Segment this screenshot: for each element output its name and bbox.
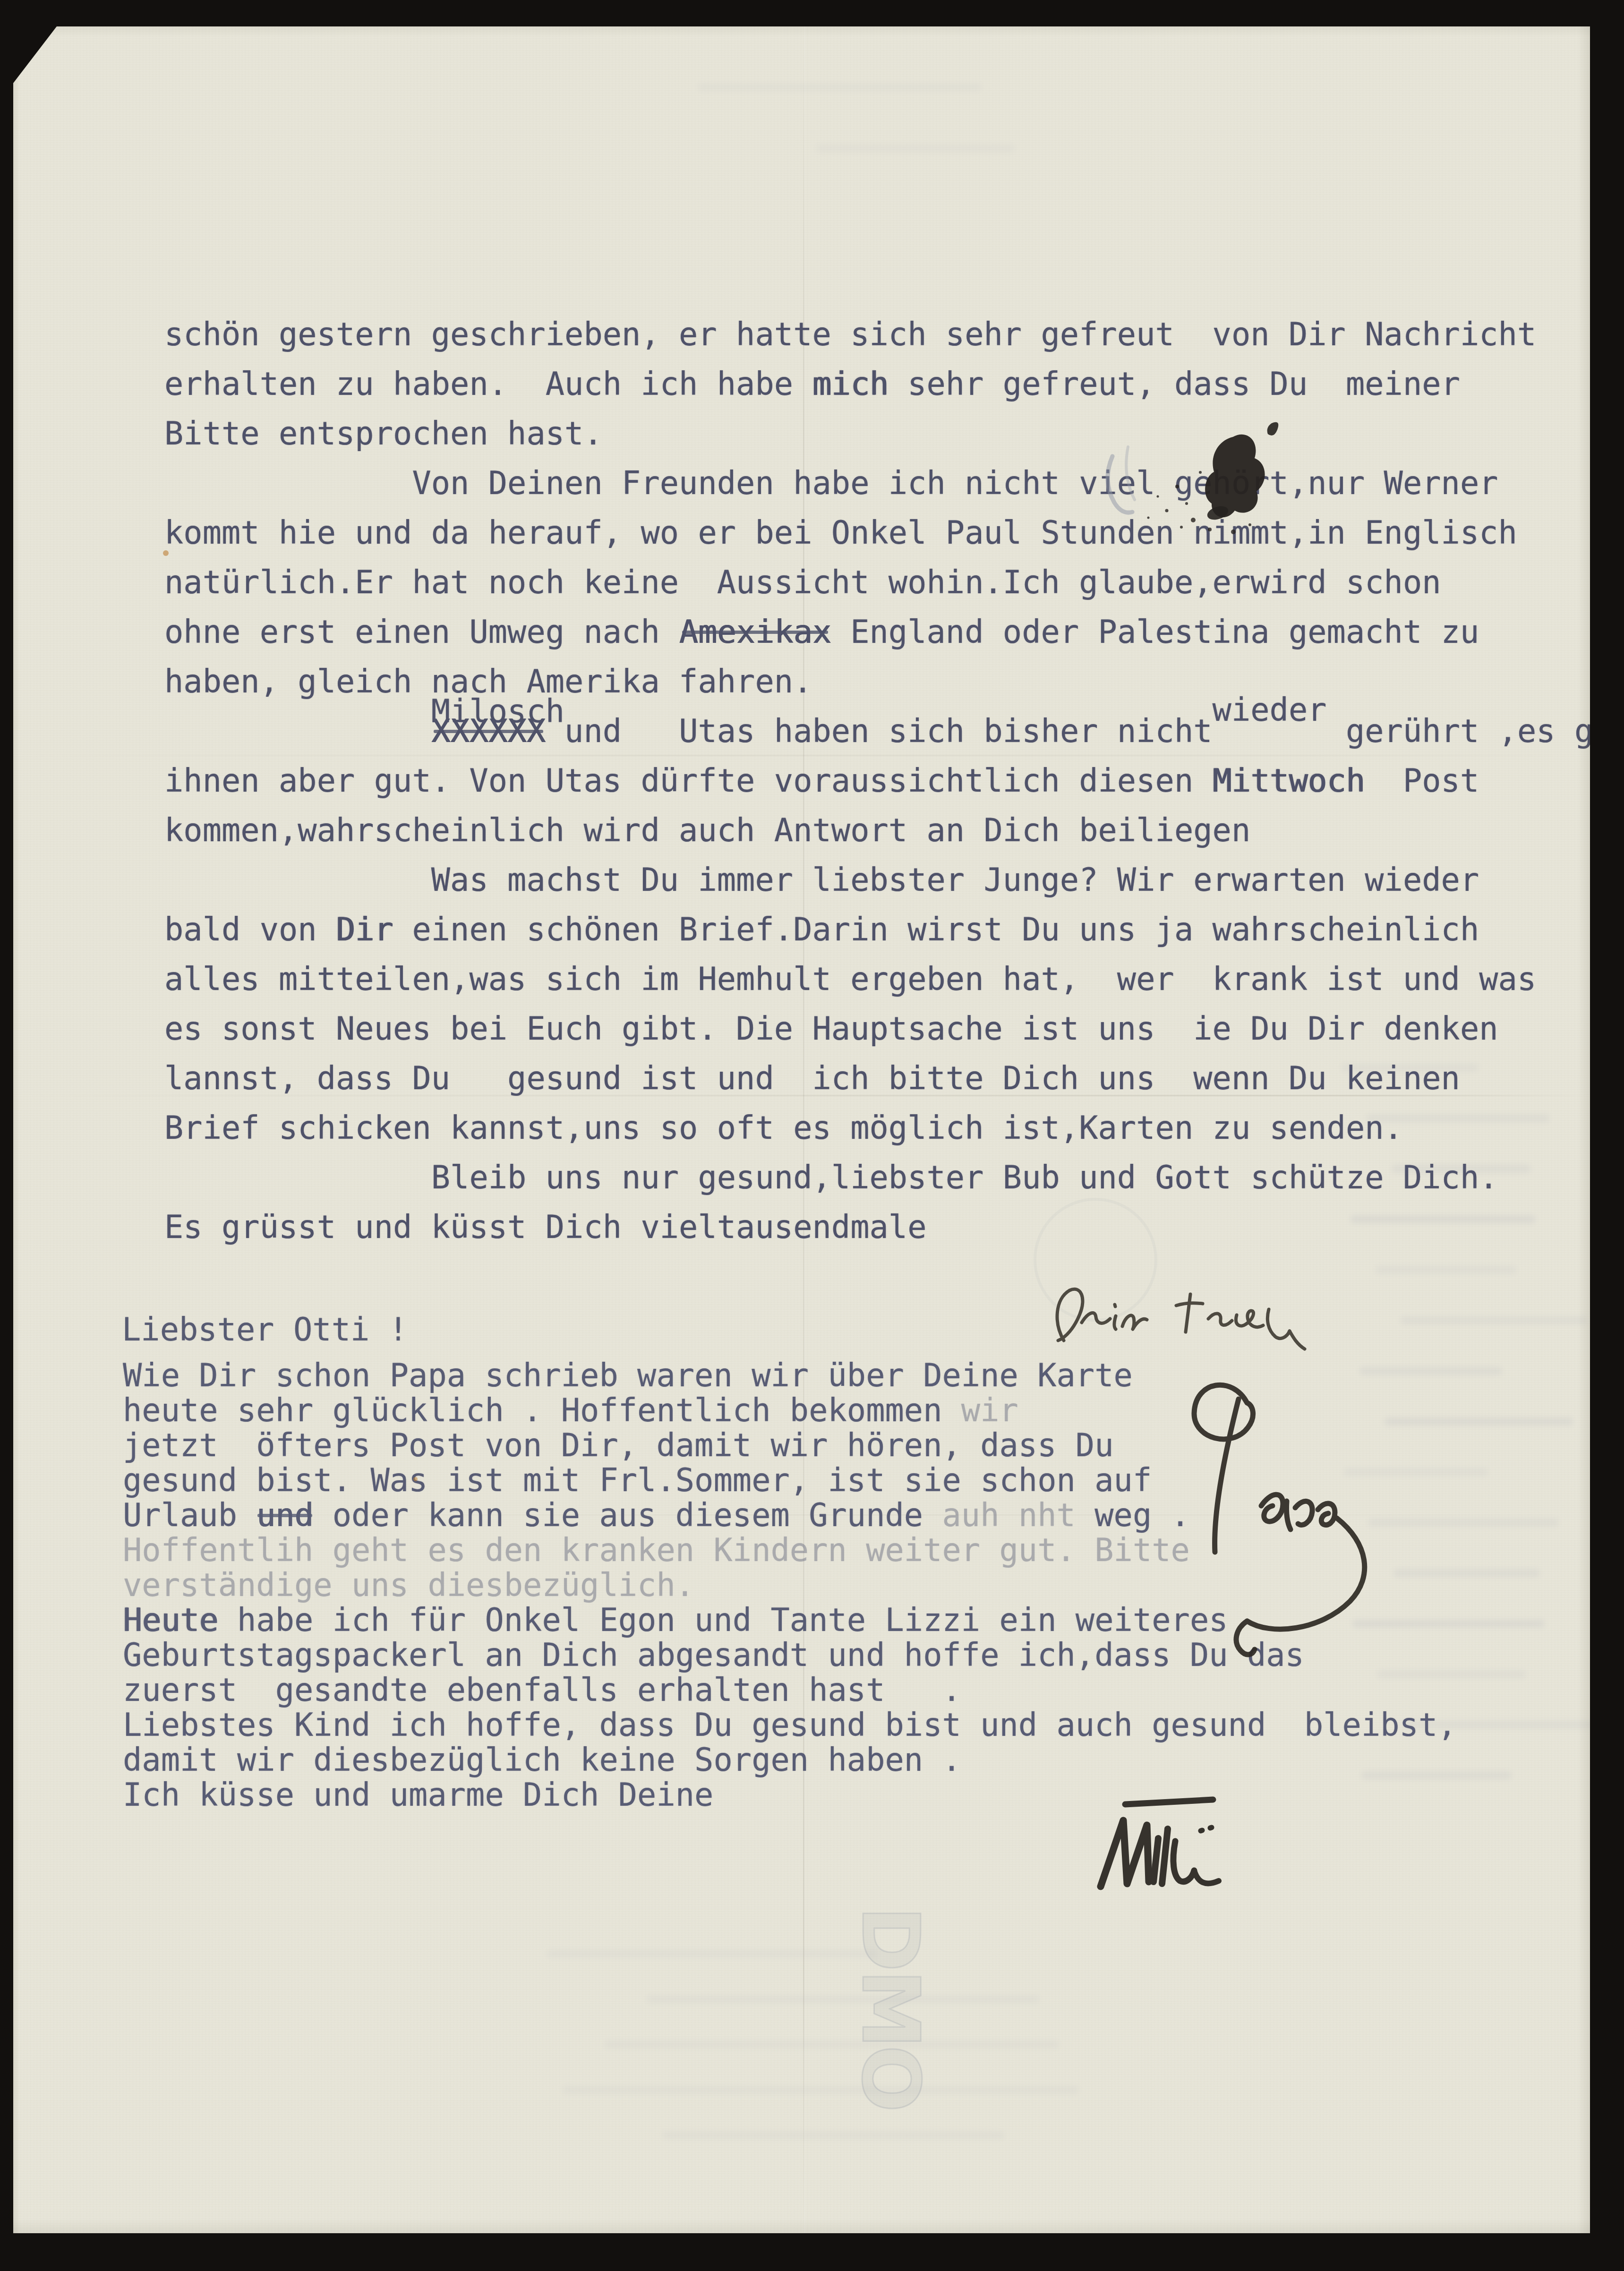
text-segment: Wie Dir schon Papa schrieb waren wir übe…	[123, 1357, 1133, 1394]
text-segment: Dir	[336, 911, 393, 948]
ghost-text-bar	[647, 1995, 1039, 2003]
ghost-text-bar	[816, 145, 1015, 153]
text-segment: auh nht	[942, 1497, 1076, 1534]
letter-line: Von Deinen Freunden habe ich nicht viel …	[164, 459, 1624, 508]
letter-line: Was machst Du immer liebster Junge? Wir …	[164, 855, 1624, 905]
text-segment: Liebstes Kind ich hoffe, dass Du gesund …	[123, 1707, 1457, 1743]
text-segment: Ich küsse und umarme Dich Deine	[123, 1776, 713, 1813]
watermark-letter: M	[855, 1955, 925, 2063]
letter-line: kommen,wahrscheinlich wird auch Antwort …	[164, 806, 1624, 855]
letter-line: Liebstes Kind ich hoffe, dass Du gesund …	[123, 1708, 1457, 1742]
ghost-text-bar	[1376, 1266, 1516, 1274]
text-segment: natürlich.Er hat noch keine Aussicht woh…	[164, 564, 1441, 601]
struck-out-text: und	[256, 1497, 313, 1534]
letter-line: ohne erst einen Umweg nach Amexikax Engl…	[164, 607, 1624, 657]
letter-line: es sonst Neues bei Euch gibt. Die Haupts…	[164, 1004, 1624, 1054]
text-segment: kommen,wahrscheinlich wird auch Antwort …	[164, 812, 1250, 849]
text-segment: Von Deinen Freunden habe ich nicht viel …	[164, 465, 1498, 502]
text-segment: und Utas haben sich bisher nicht	[546, 713, 1213, 750]
text-segment	[164, 713, 431, 750]
text-segment: sehr gefreut, dass Du meiner	[889, 366, 1460, 402]
letter-line: schön gestern geschrieben, er hatte sich…	[164, 310, 1624, 359]
paper-watermark: DMO	[836, 1904, 945, 2140]
watermark-letter: D	[855, 1885, 925, 1993]
text-segment: Mittwoch	[1213, 762, 1365, 799]
ghost-text-bar	[547, 1950, 878, 1958]
letter-line: Brief schicken kannst,uns so oft es mögl…	[164, 1103, 1624, 1153]
letter-line: Ich küsse und umarme Dich Deine	[123, 1777, 1457, 1812]
text-segment: bald von	[164, 911, 336, 948]
text-segment: Bleib uns nur gesund,liebster Bub und Go…	[164, 1159, 1498, 1196]
ghost-text-bar	[1401, 1316, 1587, 1324]
letter-line: damit wir diesbezüglich keine Sorgen hab…	[123, 1742, 1457, 1777]
text-segment: alles mitteilen,was sich im Hemhult erge…	[164, 961, 1536, 998]
text-segment: verständige uns diesbezüglich.	[123, 1567, 694, 1604]
text-segment: einen schönen Brief.Darin wirst Du uns j…	[393, 911, 1479, 948]
scanned-letter-photo: DMO schön gestern geschrieben, er hatte …	[0, 0, 1624, 2271]
text-segment: Post	[1365, 762, 1479, 799]
text-segment: erhalten zu haben. Auch ich habe	[164, 366, 812, 402]
letter-page: DMO schön gestern geschrieben, er hatte …	[13, 26, 1590, 2233]
text-segment: damit wir diesbezüglich keine Sorgen hab…	[123, 1742, 961, 1778]
letter-line: Bleib uns nur gesund,liebster Bub und Go…	[164, 1153, 1624, 1203]
text-segment: Hoffentlih geht es den kranken Kindern w…	[123, 1532, 1190, 1569]
ghost-text-bar	[563, 2086, 1079, 2094]
text-segment: schön gestern geschrieben, er hatte sich…	[164, 316, 1536, 353]
ghost-text-bar	[662, 2131, 1004, 2139]
father-typed-letter: schön gestern geschrieben, er hatte sich…	[164, 310, 1624, 1252]
text-segment: wieder	[1213, 685, 1327, 735]
text-segment: Heute	[123, 1602, 218, 1639]
text-segment: kommt hie und da herauf, wo er bei Onkel…	[164, 514, 1517, 551]
letter-line: bald von Dir einen schönen Brief.Darin w…	[164, 905, 1624, 955]
text-segment: ihnen aber gut. Von Utas dürfte voraussi…	[164, 762, 1213, 799]
letter-line: zuerst gesandte ebenfalls erhalten hast …	[123, 1673, 1457, 1708]
struck-out-text: XXXXXX	[431, 713, 546, 750]
text-segment: England oder Palestina gemacht zu	[831, 614, 1479, 650]
text-segment: Geburtstagspackerl an Dich abgesandt und…	[123, 1637, 1304, 1673]
letter-line: Bitte entsprochen hast.	[164, 409, 1624, 459]
papa-signature-handwriting	[1157, 1356, 1393, 1677]
text-segment: mich	[812, 366, 888, 402]
ghost-text-bar	[605, 2040, 1059, 2049]
letter-line: lannst, dass Du gesund ist und ich bitte…	[164, 1054, 1624, 1103]
letter-line: natürlich.Er hat noch keine Aussicht woh…	[164, 558, 1624, 607]
text-segment: Es grüsst und küsst Dich vieltausendmale	[164, 1209, 927, 1246]
text-segment: lannst, dass Du gesund ist und ich bitte…	[164, 1060, 1460, 1097]
watermark-letter: O	[855, 2024, 925, 2133]
text-segment: zuerst gesandte ebenfalls erhalten hast …	[123, 1672, 961, 1708]
text-segment: habe ich für Onkel Egon und Tante Lizzi …	[218, 1602, 1228, 1639]
text-segment: oder kann sie aus diesem Grunde	[313, 1497, 942, 1534]
ink-blot	[1091, 416, 1294, 543]
text-segment: Bitte entsprochen hast.	[164, 415, 603, 452]
ghost-text-bar	[698, 83, 982, 91]
mutti-signature-handwriting	[1082, 1785, 1242, 1899]
text-segment: jetzt öfters Post von Dir, damit wir hör…	[123, 1427, 1114, 1464]
text-segment: ohne erst einen Umweg nach	[164, 614, 679, 650]
struck-out-text: Amexikax	[679, 614, 831, 650]
letter-line: Milosch XXXXXX und Utas haben sich bishe…	[164, 707, 1624, 756]
text-segment: Was machst Du immer liebster Junge? Wir …	[164, 862, 1479, 898]
letter-line: ihnen aber gut. Von Utas dürfte voraussi…	[164, 756, 1624, 806]
letter-line: Es grüsst und küsst Dich vieltausendmale	[164, 1203, 1624, 1252]
text-segment: Urlaub	[123, 1497, 256, 1534]
text-segment: heute sehr glücklich . Hoffentlich bekom…	[123, 1392, 961, 1429]
text-segment: wir	[961, 1392, 1018, 1429]
text-segment: gerührt ,es geht	[1327, 713, 1624, 750]
text-segment: es sonst Neues bei Euch gibt. Die Haupts…	[164, 1010, 1498, 1047]
letter-line: alles mitteilen,was sich im Hemhult erge…	[164, 955, 1624, 1004]
mother-letter-salutation: Liebster Otti !	[122, 1312, 408, 1347]
letter-line: erhalten zu haben. Auch ich habe mich se…	[164, 359, 1624, 409]
letter-line: haben, gleich nach Amerika fahren.	[164, 657, 1624, 707]
text-segment: Brief schicken kannst,uns so oft es mögl…	[164, 1110, 1403, 1146]
text-segment: gesund bist. Was ist mit Frl.Sommer, ist…	[123, 1462, 1152, 1499]
letter-line: kommt hie und da herauf, wo er bei Onkel…	[164, 508, 1624, 558]
